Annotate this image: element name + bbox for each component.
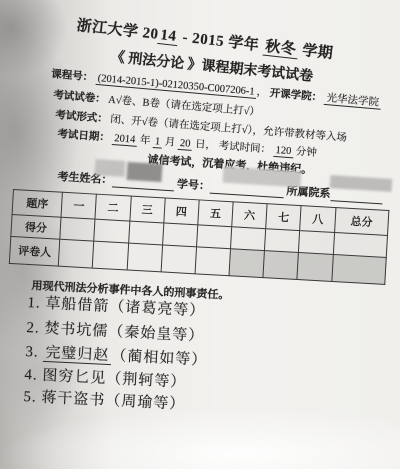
term-underlined: 秋冬 bbox=[262, 39, 299, 60]
question-note: （周瑜等） bbox=[105, 393, 186, 413]
paper-type-label: 考试试卷： bbox=[53, 90, 106, 105]
exam-year: 2014 bbox=[112, 133, 138, 147]
bracket-open: 《 bbox=[110, 50, 125, 66]
college-label: 开课学院： bbox=[269, 88, 322, 104]
score-cell bbox=[94, 219, 129, 243]
grader-cell bbox=[195, 247, 231, 276]
question-note: （蔺相如等） bbox=[111, 348, 208, 369]
day-unit: 日， bbox=[195, 139, 217, 152]
question-title: 焚书坑儒 bbox=[44, 321, 109, 340]
exam-day: 20 bbox=[177, 138, 192, 151]
header-col-7: 七 bbox=[266, 204, 302, 231]
header-question-no: 题序 bbox=[12, 190, 63, 218]
exam-time-value: 120 bbox=[273, 145, 294, 158]
grader-cell bbox=[127, 243, 163, 272]
question-number: 2. bbox=[26, 320, 40, 337]
score-cell-total bbox=[333, 232, 388, 257]
exam-month: 1 bbox=[153, 136, 163, 149]
question-number: 1. bbox=[27, 295, 41, 312]
question-number: 3. bbox=[25, 344, 39, 361]
student-id-label: 学号： bbox=[177, 179, 211, 193]
redaction-blur-name bbox=[126, 162, 162, 182]
header-col-6: 六 bbox=[232, 202, 268, 229]
score-cell bbox=[162, 223, 197, 247]
header-col-2: 二 bbox=[95, 194, 131, 221]
academic-year: - 2015 学年 bbox=[177, 29, 260, 54]
grader-cell bbox=[297, 253, 333, 282]
term-suffix: 学期 bbox=[301, 43, 334, 62]
score-table: 题序 一 二 三 四 五 六 七 八 总分 得分 评卷人 bbox=[9, 189, 390, 285]
score-cell bbox=[265, 229, 300, 253]
course-name: 刑法分论 bbox=[128, 52, 185, 72]
score-cell bbox=[128, 221, 163, 245]
question-note: （荆轲等） bbox=[106, 371, 187, 391]
grader-cell bbox=[229, 249, 265, 278]
header-col-8: 八 bbox=[300, 206, 336, 233]
college-value: 光华法学院 bbox=[324, 93, 381, 110]
exam-time-label: 考试时间： bbox=[218, 141, 271, 156]
question-title: 草船借箭 bbox=[45, 296, 110, 315]
exam-form-label: 考试形式： bbox=[55, 110, 108, 125]
score-cell bbox=[299, 231, 334, 255]
question-number: 4. bbox=[24, 367, 38, 384]
grader-cell bbox=[59, 239, 95, 268]
exam-date-label: 考试日期： bbox=[57, 129, 110, 144]
header-total: 总分 bbox=[334, 208, 389, 236]
grader-cell bbox=[161, 245, 197, 274]
question-note: （秦始皇等） bbox=[108, 324, 205, 345]
score-cell bbox=[196, 225, 231, 249]
student-dept-label: 所属院系 bbox=[286, 185, 331, 200]
score-cell bbox=[231, 227, 266, 251]
grader-row-label: 评卷人 bbox=[9, 236, 60, 266]
year-unit: 年 bbox=[140, 135, 151, 147]
separator: ， bbox=[256, 87, 267, 99]
time-unit: 分钟 bbox=[295, 147, 317, 160]
student-dept-blank bbox=[330, 189, 383, 204]
score-cell bbox=[60, 217, 95, 241]
header-col-3: 三 bbox=[129, 196, 165, 223]
question-title-underlined: 完璧归赵 bbox=[43, 345, 112, 365]
header-col-4: 四 bbox=[164, 198, 200, 225]
exam-paper-photo: 浙江大学 2014 - 2015 学年 秋冬 学期 《 刑法分论 》课程期末考试… bbox=[0, 0, 400, 469]
question-number: 5. bbox=[23, 389, 37, 406]
question-note: （诸葛亮等） bbox=[109, 299, 206, 320]
grader-cell bbox=[263, 251, 299, 280]
question-title: 图穷匕见 bbox=[42, 368, 107, 387]
question-title: 蒋干盗书 bbox=[41, 390, 106, 409]
grader-cell-total bbox=[331, 254, 386, 284]
month-unit: 月 bbox=[164, 137, 175, 149]
university-title-text: 浙江大学 20 bbox=[76, 18, 160, 43]
year-underlined: 14 bbox=[157, 27, 179, 46]
redaction-blur-name bbox=[95, 159, 126, 177]
score-row-label: 得分 bbox=[11, 214, 61, 239]
header-col-5: 五 bbox=[198, 200, 234, 227]
grader-cell bbox=[93, 241, 129, 270]
course-number-label: 课程号： bbox=[51, 69, 94, 84]
header-col-1: 一 bbox=[61, 192, 97, 219]
